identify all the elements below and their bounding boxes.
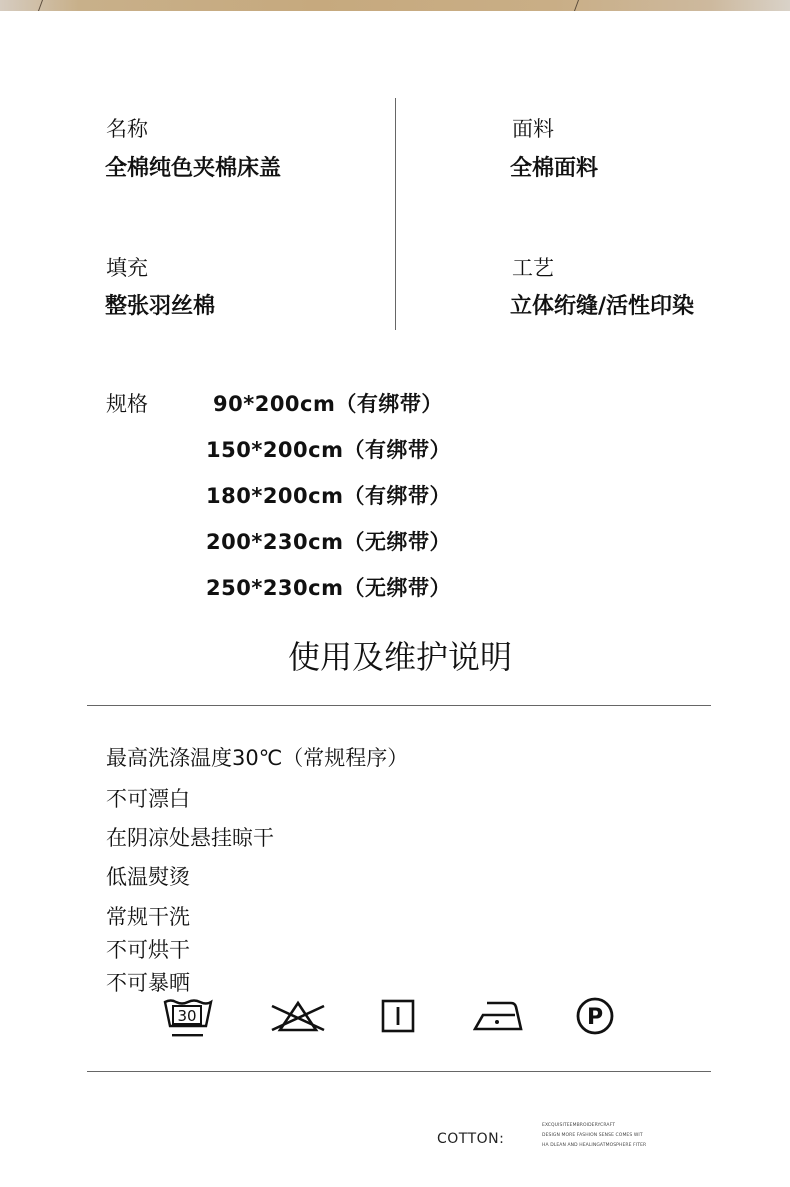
care-item: 常规干洗 [106,901,190,931]
care-item: 不可烘干 [106,934,190,964]
spec-fabric-value: 全棉面料 [510,151,598,182]
fine-print-line: EXCQUISITEEMBROIDERYCRAFT [542,1121,646,1131]
spec-name-value: 全棉纯色夹棉床盖 [105,151,281,182]
care-item: 低温熨烫 [106,861,190,891]
care-item: 最高洗涤温度30℃（常规程序） [106,742,408,772]
spec-name-label: 名称 [106,113,148,143]
spec-filling-value: 整张羽丝棉 [105,289,215,320]
spec-divider-vertical [395,98,396,330]
size-item: 200*230cm（无绑带） [206,526,451,556]
wash-30-icon: 30 [163,998,213,1044]
care-item: 不可漂白 [106,783,190,813]
no-bleach-icon [270,1000,326,1038]
fine-print-line: HA DLEAN AND HEALINGATMOSPHERE FITER [542,1141,646,1151]
size-item: 150*200cm（有绑带） [206,434,451,464]
care-divider-bottom [87,1071,711,1072]
care-divider-top [87,705,711,706]
size-item: 180*200cm（有绑带） [206,480,451,510]
sizes-label: 规格 [106,388,148,418]
photo-seam [574,0,579,11]
spec-fabric-label: 面料 [512,113,554,143]
line-dry-icon [381,999,415,1037]
size-item: 250*230cm（无绑带） [206,572,451,602]
dry-clean-p-icon: P [575,996,615,1040]
photo-seam [38,0,43,11]
spec-filling-label: 填充 [106,252,148,282]
cotton-label: COTTON: [437,1131,504,1147]
spec-craft-label: 工艺 [512,252,554,282]
size-item: 90*200cm（有绑带） [213,388,443,418]
low-iron-icon [473,1000,523,1036]
svg-text:P: P [587,1005,603,1030]
fine-print-block: EXCQUISITEEMBROIDERYCRAFT DESIGN MORE FA… [542,1121,646,1151]
care-section-title: 使用及维护说明 [0,632,790,678]
care-item: 不可暴晒 [106,967,190,997]
care-item: 在阴凉处悬挂晾干 [106,822,274,852]
product-photo-edge [0,0,790,11]
svg-text:30: 30 [177,1007,196,1025]
fine-print-line: DESIGN MORE FASHION SENSE COMES WIT [542,1131,646,1141]
spec-craft-value: 立体绗缝/活性印染 [510,289,694,320]
